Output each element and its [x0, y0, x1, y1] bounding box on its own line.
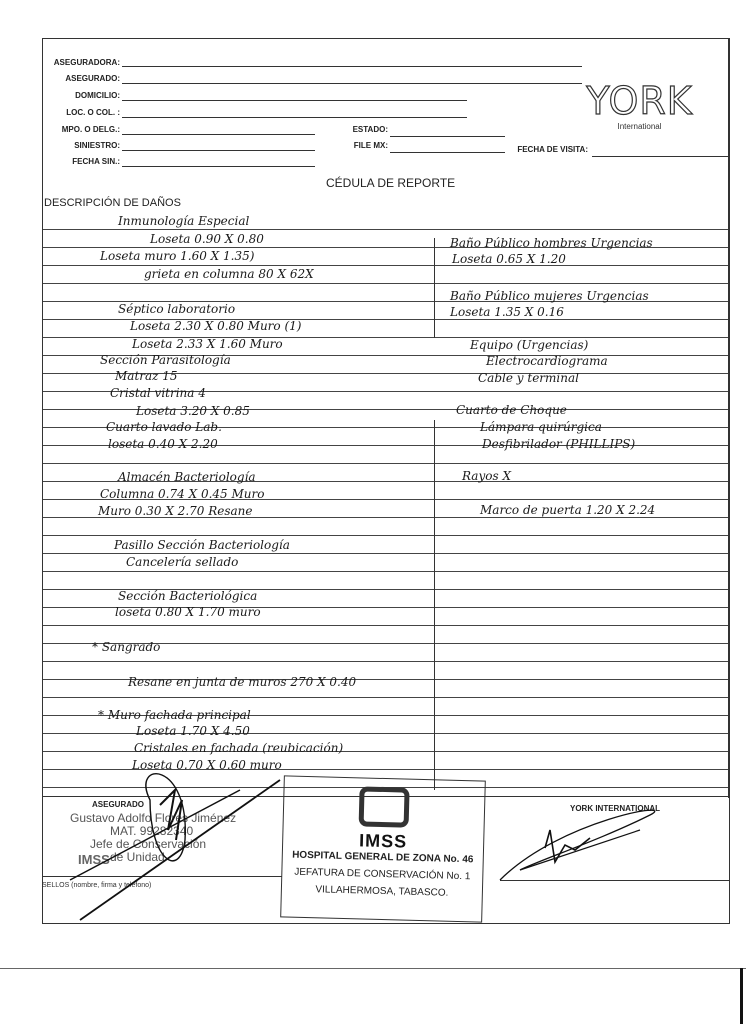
page-edge — [0, 968, 746, 969]
signature-strokes — [0, 0, 746, 1024]
page-edge-right — [740, 968, 743, 1024]
